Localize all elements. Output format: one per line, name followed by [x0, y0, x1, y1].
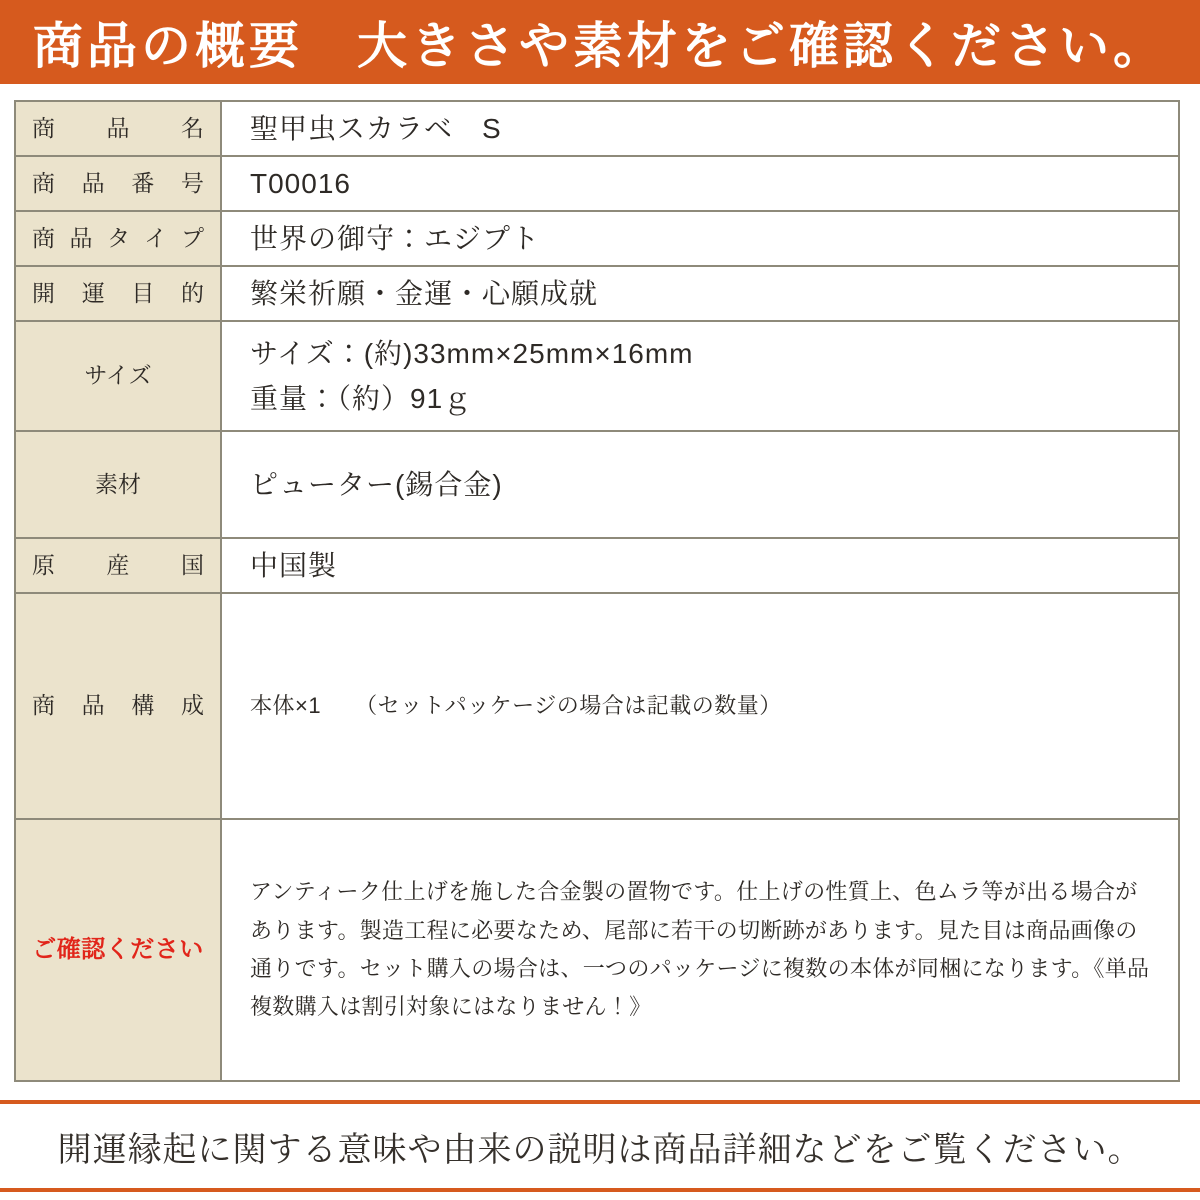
header-banner: 商品の概要 大きさや素材をご確認ください。 — [0, 0, 1200, 84]
product-type-label-cell: 商品タイプ — [16, 212, 222, 265]
luck-purpose-label-cell: 開運目的 — [16, 267, 222, 320]
footer-note-text: 開運縁起に関する意味や由来の説明は商品詳細などをご覧ください。 — [58, 1122, 1143, 1171]
composition-value-cell: 本体×1 （セットパッケージの場合は記載の数量） — [222, 594, 1178, 818]
product-name-label-cell: 商品名 — [16, 102, 222, 155]
row-origin-country: 原産国 中国製 — [16, 539, 1178, 594]
row-label: 素材 — [95, 471, 141, 499]
spec-table: 商品名 聖甲虫スカラベ S 商品番号 T00016 商品タイプ 世界の御守：エジ… — [14, 100, 1180, 1082]
footer-note: 開運縁起に関する意味や由来の説明は商品詳細などをご覧ください。 — [0, 1104, 1200, 1188]
page-title: 商品の概要 大きさや素材をご確認ください。 — [33, 6, 1167, 78]
row-product-type: 商品タイプ 世界の御守：エジプト — [16, 212, 1178, 267]
size-label-cell: サイズ — [16, 322, 222, 430]
footer-note-band: 開運縁起に関する意味や由来の説明は商品詳細などをご覧ください。 — [0, 1100, 1200, 1192]
size-value-cell: サイズ：(約)33mm×25mm×16mm 重量：（約）91ｇ — [222, 322, 1178, 430]
luck-purpose-value-cell: 繁栄祈願・金運・心願成就 — [222, 267, 1178, 320]
row-value: ピューター(錫合金) — [250, 462, 503, 507]
row-material: 素材 ピューター(錫合金) — [16, 432, 1178, 539]
row-value: 本体×1 （セットパッケージの場合は記載の数量） — [250, 688, 782, 724]
product-number-label-cell: 商品番号 — [16, 157, 222, 210]
row-label: 商品構成 — [32, 692, 204, 720]
product-summary-page: 商品の概要 大きさや素材をご確認ください。 商品名 聖甲虫スカラベ S 商品番号… — [0, 0, 1200, 1192]
material-value-cell: ピューター(錫合金) — [222, 432, 1178, 537]
confirmation-value-cell: アンティーク仕上げを施した合金製の置物です。仕上げの性質上、色ムラ等が出る場合が… — [222, 820, 1178, 1080]
row-luck-purpose: 開運目的 繁栄祈願・金運・心願成就 — [16, 267, 1178, 322]
material-label-cell: 素材 — [16, 432, 222, 537]
row-label: 商品タイプ — [32, 225, 204, 253]
row-product-name: 商品名 聖甲虫スカラベ S — [16, 102, 1178, 157]
confirmation-label-cell: ご確認ください — [16, 820, 222, 1080]
row-label: 商品名 — [32, 115, 204, 143]
row-label: 商品番号 — [32, 170, 204, 198]
row-product-number: 商品番号 T00016 — [16, 157, 1178, 212]
row-value: 聖甲虫スカラベ S — [250, 106, 502, 151]
row-confirmation-notice: ご確認ください アンティーク仕上げを施した合金製の置物です。仕上げの性質上、色ム… — [16, 820, 1178, 1080]
row-value: 繁栄祈願・金運・心願成就 — [250, 271, 598, 316]
row-value: 中国製 — [250, 543, 337, 588]
origin-country-value-cell: 中国製 — [222, 539, 1178, 592]
row-size: サイズ サイズ：(約)33mm×25mm×16mm 重量：（約）91ｇ — [16, 322, 1178, 432]
row-value: 世界の御守：エジプト — [250, 216, 540, 261]
footer-bottom-rule — [0, 1188, 1200, 1192]
row-label: 開運目的 — [32, 280, 204, 308]
row-composition: 商品構成 本体×1 （セットパッケージの場合は記載の数量） — [16, 594, 1178, 820]
row-value: T00016 — [250, 161, 351, 206]
row-value: サイズ：(約)33mm×25mm×16mm 重量：（約）91ｇ — [250, 331, 694, 422]
row-label: ご確認ください — [32, 936, 204, 965]
product-type-value-cell: 世界の御守：エジプト — [222, 212, 1178, 265]
product-name-value-cell: 聖甲虫スカラベ S — [222, 102, 1178, 155]
row-label: 原産国 — [32, 552, 204, 580]
product-number-value-cell: T00016 — [222, 157, 1178, 210]
row-label: サイズ — [84, 362, 151, 390]
composition-label-cell: 商品構成 — [16, 594, 222, 818]
origin-country-label-cell: 原産国 — [16, 539, 222, 592]
row-value: アンティーク仕上げを施した合金製の置物です。仕上げの性質上、色ムラ等が出る場合が… — [250, 873, 1152, 1026]
